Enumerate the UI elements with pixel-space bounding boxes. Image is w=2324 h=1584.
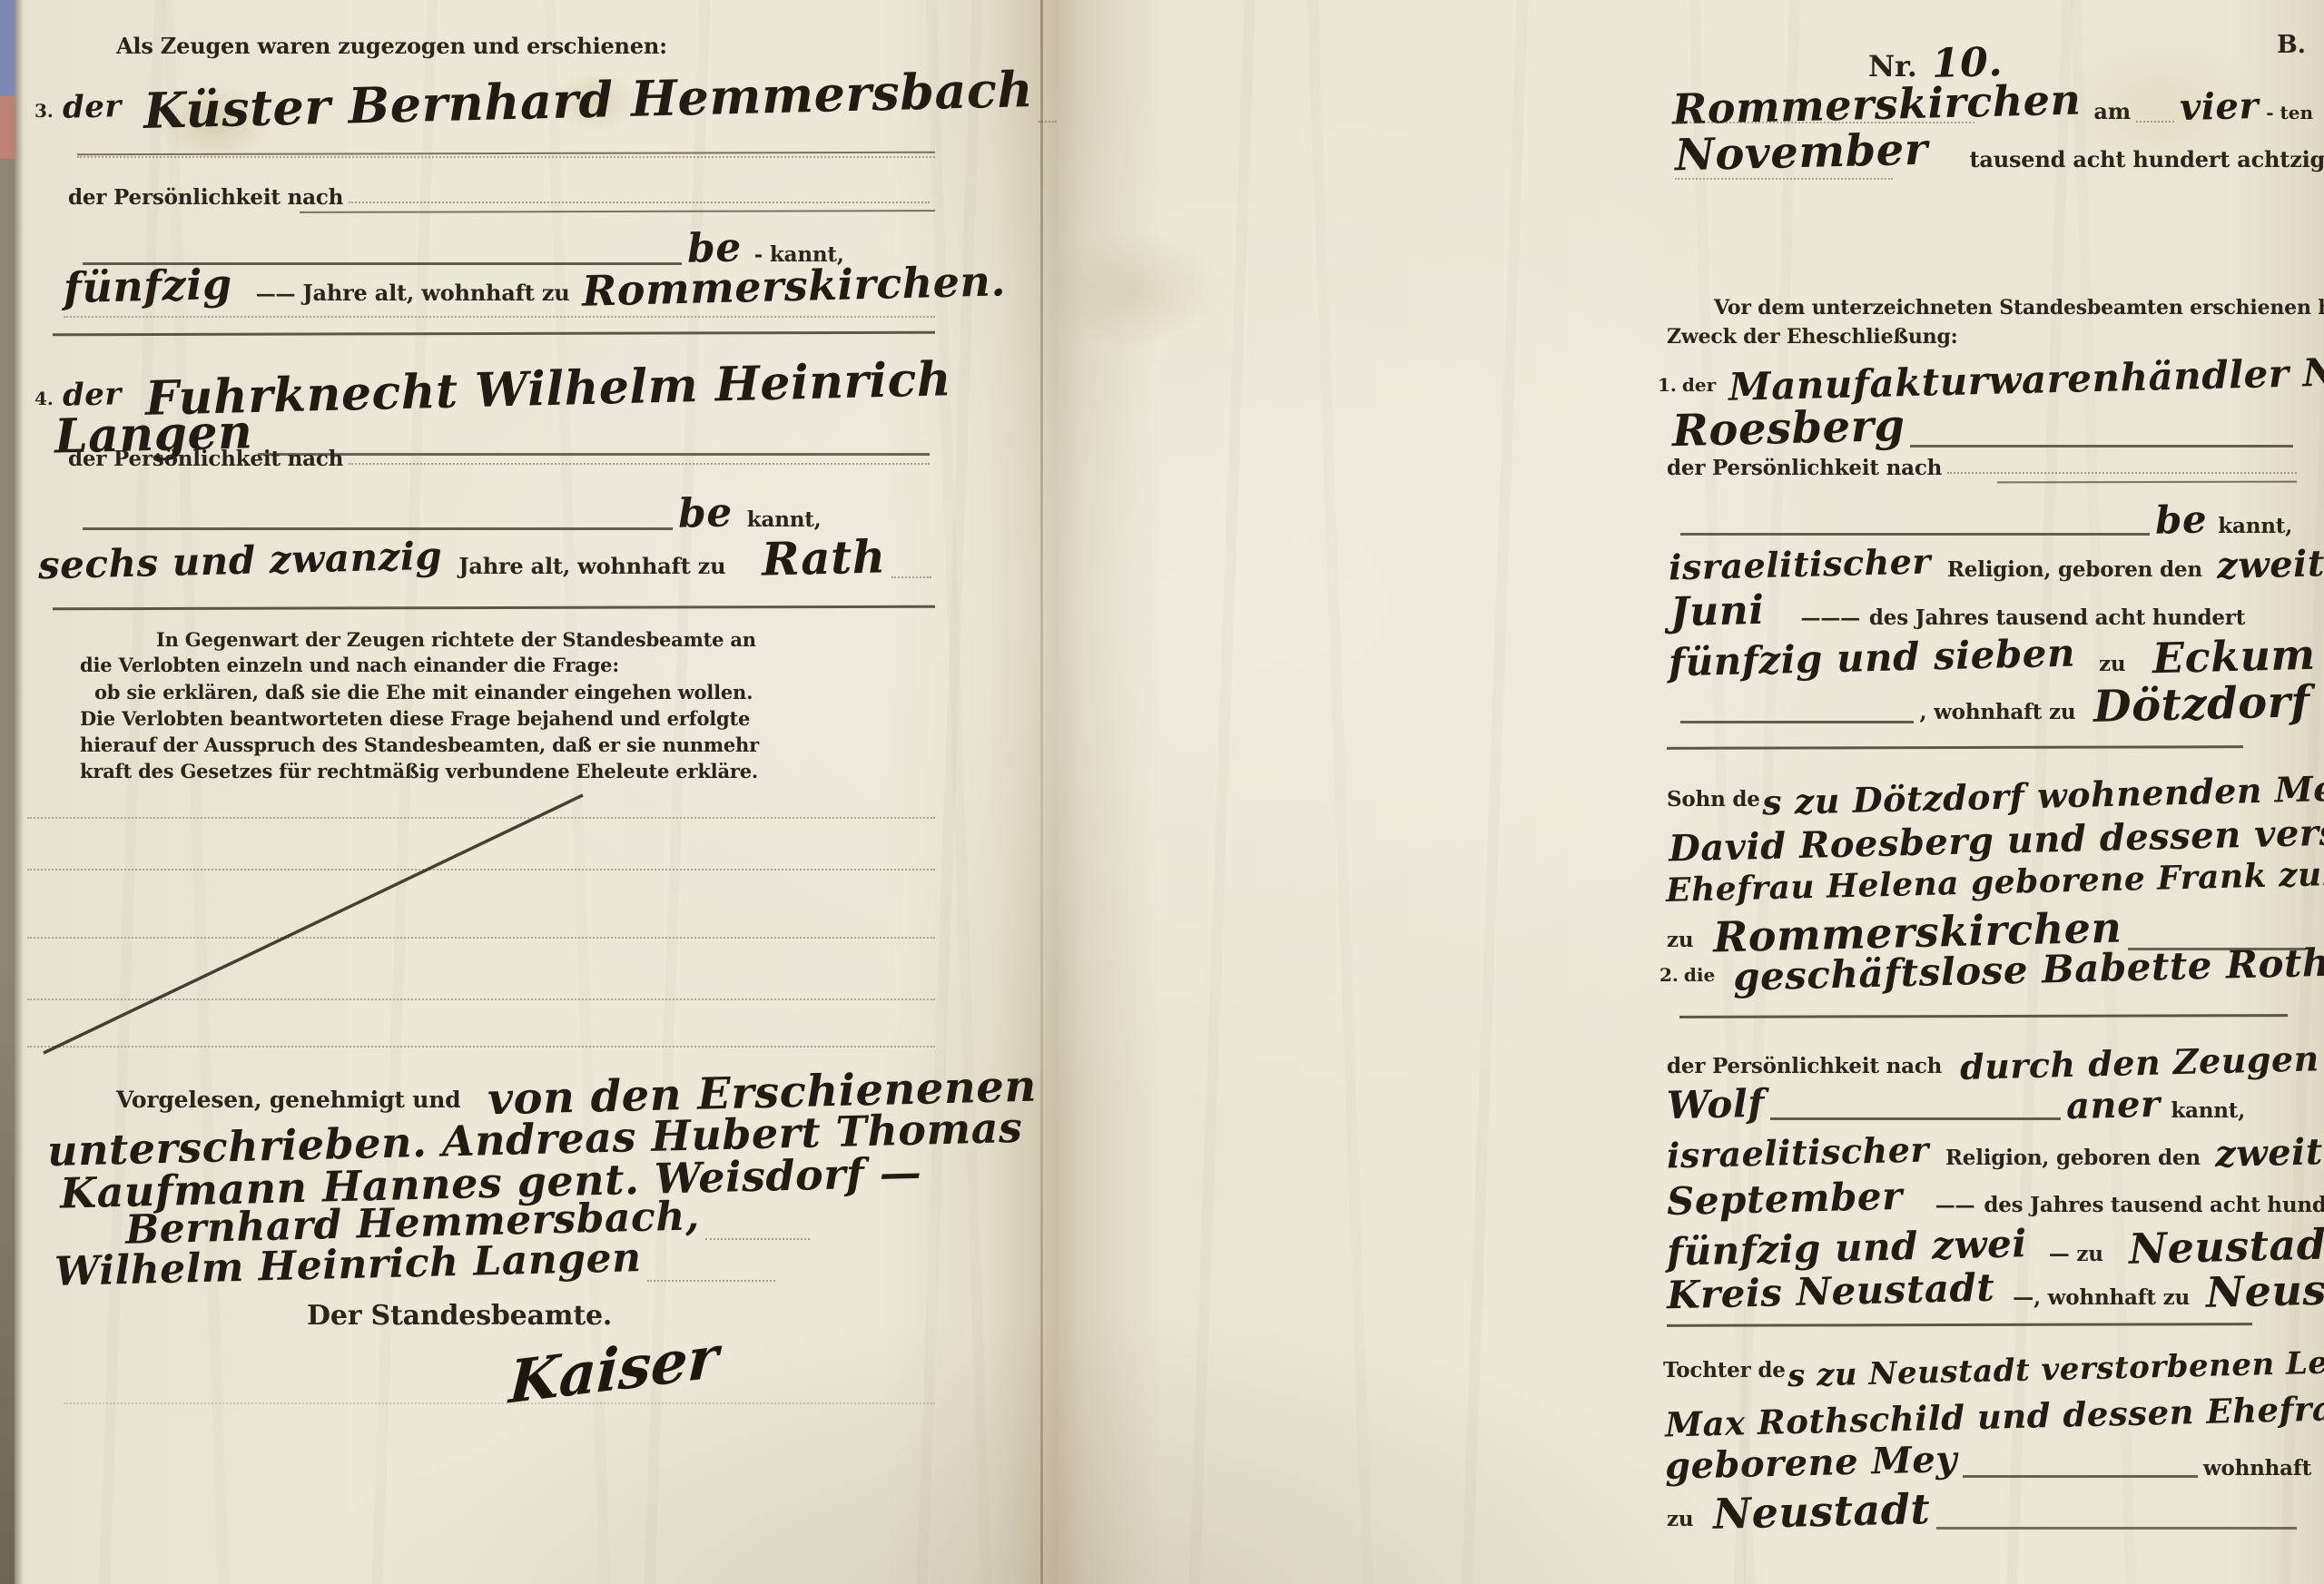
bride-birth-day: zweiten	[2214, 1129, 2324, 1176]
bride-identity-row: der Persönlichkeit nach durch den Zeugen…	[1667, 1040, 2313, 1081]
bride-year-label: des Jahres tausend acht hundert	[1984, 1193, 2324, 1217]
section-rule	[53, 331, 935, 337]
groom-religion-row: israelitischer Religion, geboren den zwe…	[1669, 543, 2313, 585]
tochter-label: Tochter de	[1663, 1358, 1786, 1382]
bride-parents-row3: geborene Mey wohnhaft	[1665, 1441, 2311, 1484]
zu-label: zu	[1667, 1507, 1693, 1531]
year-text: tausend acht hundert achtzig und zwei.	[1970, 146, 2324, 172]
page-letter: B.	[2277, 31, 2306, 59]
zu-label: zu	[2099, 652, 2125, 676]
groom-birth-month-row: Juni ——— des Jahres tausend acht hundert	[1670, 588, 2310, 635]
witness3-name: Küster Bernhard Hemmersbach	[143, 60, 1033, 140]
witness4-identity-label: der Persönlichkeit nach	[68, 447, 343, 471]
declaration-line5: hierauf der Ausspruch des Standesbeamten…	[80, 733, 759, 756]
blank-fill	[1039, 120, 1057, 123]
binding-shadow	[15, 0, 24, 1584]
declaration-line1: In Gegenwart der Zeugen richtete der Sta…	[156, 628, 756, 651]
blank-dotline	[27, 1046, 935, 1048]
bride-religion-row: israelitischer Religion, geboren den zwe…	[1667, 1131, 2311, 1174]
blank-dotline	[64, 316, 935, 318]
signature2-row: Wilhelm Heinrich Langen	[54, 1242, 781, 1288]
identity-rule	[1997, 481, 2297, 484]
sohn-label: Sohn de	[1667, 787, 1760, 812]
intro-line1: Vor dem unterzeichneten Standesbeamten e…	[1714, 296, 2324, 320]
declaration-text: hierauf der Ausspruch des Standesbeamten…	[80, 733, 759, 756]
declaration-line6: kraft des Gesetzes für rechtmäßig verbun…	[80, 760, 758, 782]
blank-fill	[1936, 1526, 2297, 1530]
bride-birth-district: Kreis Neustadt	[1666, 1265, 1994, 1318]
blank-fill	[83, 526, 673, 530]
blank-fill	[2136, 120, 2174, 123]
wohnhaft-label: wohnhaft	[2203, 1456, 2311, 1481]
declaration-text: kraft des Gesetzes für rechtmäßig verbun…	[80, 760, 758, 782]
am-label: am	[2093, 98, 2131, 124]
bride-birth-month-row: September —— des Jahres tausend acht hun…	[1667, 1176, 2309, 1221]
religion-label: Religion, geboren den	[1945, 1146, 2201, 1170]
registrar-signature-row: Kaiser	[508, 1336, 719, 1404]
bride-parents-residence-row: zu Neustadt	[1667, 1487, 2302, 1536]
zu-label: — zu	[2049, 1242, 2103, 1266]
book-binding-edge	[0, 0, 15, 1584]
bride-residence: Neustadt	[2205, 1263, 2324, 1317]
witness3-age: fünfzig	[63, 260, 232, 313]
intro-line1-row: Vor dem unterzeichneten Standesbeamten e…	[1714, 296, 2324, 320]
bride-index: 2.	[1659, 964, 1679, 986]
witness3-article: der	[62, 88, 122, 126]
section-rule	[1667, 745, 2243, 750]
witness3-age-suffix: Jahre alt, wohnhaft zu	[302, 280, 569, 306]
bride-parents-row1: Tochter de s zu Neustadt verstorbenen Le…	[1663, 1349, 2313, 1385]
religion-label: Religion, geboren den	[1947, 557, 2202, 582]
groom-known-suffix: kannt,	[2218, 514, 2292, 538]
bride-parents-residence: Neustadt	[1713, 1484, 1931, 1539]
groom-birth-month: Juni	[1669, 587, 1765, 636]
blank-dotline	[64, 1402, 935, 1404]
declaration-text: die Verlobten einzeln und nach einander …	[80, 654, 619, 676]
month-dash: ———	[1801, 606, 1860, 630]
month-year-row: November tausend acht hundert achtzig un…	[1675, 127, 2310, 178]
groom-index: 1.	[1658, 374, 1677, 396]
groom-residence: Dötzdorf	[2093, 676, 2311, 733]
wohnhaft-zu-label: , wohnhaft zu	[1919, 700, 2075, 724]
bride-name: geschäftslose Babette Rothschild	[1733, 937, 2324, 999]
witness4-known-row: be kannt,	[77, 490, 867, 536]
groom-name-line2: Roesberg	[1671, 400, 1905, 457]
blank-dotline	[1675, 122, 1974, 123]
blank-dotline	[27, 999, 935, 1000]
witness3-index: 3.	[34, 100, 54, 122]
groom-birth-day: zweiten	[2216, 541, 2324, 587]
declaration-text: In Gegenwart der Zeugen richtete der Sta…	[156, 628, 756, 651]
declaration-text: Die Verlobten beantworteten diese Frage …	[80, 707, 750, 730]
declaration-text: ob sie erklären, daß sie die Ehe mit ein…	[94, 681, 753, 703]
declaration-line2: die Verlobten einzeln und nach einander …	[80, 654, 619, 676]
witness4-residence: Rath	[762, 529, 887, 585]
witness3-name-row: 3. der Küster Bernhard Hemmersbach	[34, 71, 942, 129]
groom-year-label: des Jahres tausend acht hundert	[1869, 605, 2245, 630]
blank-dotline	[27, 869, 935, 871]
groom-identity-label: der Persönlichkeit nach	[1667, 456, 1942, 480]
section-rule	[1667, 1323, 2252, 1327]
page-letter-text: B.	[2277, 31, 2306, 59]
blank-fill	[1770, 1117, 2061, 1120]
bride-parents-line2: Max Rothschild und dessen Ehefrau Julche…	[1665, 1384, 2324, 1445]
groom-parents-row3: Ehefrau Helena geborene Frank zuletzt wo…	[1666, 862, 2312, 900]
bride-known-prefix: aner	[2065, 1083, 2161, 1128]
groom-known-row: be kannt,	[1675, 497, 2292, 542]
witness3-identity-label: der Persönlichkeit nach	[68, 185, 343, 210]
blank-dotline	[27, 817, 935, 819]
groom-residence-row: , wohnhaft zu Dötzdorf	[1675, 679, 2310, 730]
bride-birth-month: September	[1666, 1174, 1903, 1224]
blank-fill	[705, 1237, 810, 1240]
witness4-signature: Wilhelm Heinrich Langen	[54, 1235, 642, 1295]
section-rule	[53, 605, 935, 611]
blank-dotline	[1675, 178, 1893, 180]
witnesses-heading-text: Als Zeugen waren zugezogen und erschiene…	[116, 33, 667, 59]
bride-known-suffix: kannt,	[2171, 1098, 2245, 1123]
witness4-known-prefix: be	[677, 489, 733, 536]
groom-parents-row1: Sohn de s zu Dötzdorf wohnenden Metzgers	[1667, 773, 2313, 814]
closing-printed: Vorgelesen, genehmigt und	[116, 1087, 460, 1113]
bride-parents-line3: geborene Mey	[1664, 1438, 1957, 1488]
bride-birth-year-row: fünfzig und zwei — zu Neustadt	[1667, 1222, 2309, 1271]
bride-name-row: 2. die geschäftslose Babette Rothschild	[1659, 946, 2313, 990]
blank-fill	[1963, 1474, 2198, 1478]
bride-identity-hand: durch den Zeugen Samuel	[1960, 1034, 2324, 1087]
groom-parents-row2: David Roesberg und dessen verstorbenen	[1669, 817, 2313, 860]
bride-parents-row2: Max Rothschild und dessen Ehefrau Julche…	[1665, 1394, 2311, 1434]
blank-dotline	[27, 937, 935, 939]
record-day: vier	[2180, 84, 2260, 129]
bride-parents-line1: s zu Neustadt verstorbenen Lederhändlers	[1787, 1340, 2324, 1394]
declaration-line3: ob sie erklären, daß sie die Ehe mit ein…	[94, 681, 753, 703]
center-fold-crease	[1040, 0, 1043, 1584]
bride-known-row: Wolf aner kannt,	[1667, 1082, 2302, 1127]
groom-birth-year-row: fünfzig und sieben zu Eckum	[1669, 632, 2309, 681]
bride-identity-hand2: Wolf	[1666, 1081, 1765, 1128]
groom-known-prefix: be	[2155, 497, 2208, 542]
record-month: November	[1674, 124, 1928, 182]
witness4-age-suffix: Jahre alt, wohnhaft zu	[458, 553, 725, 579]
day-suffix: - ten	[2266, 102, 2313, 123]
wohnhaft-zu-label: —, wohnhaft zu	[2013, 1285, 2190, 1310]
witness3-identity-row: der Persönlichkeit nach	[68, 185, 935, 210]
blank-fill	[647, 1279, 775, 1282]
witnesses-heading: Als Zeugen waren zugezogen und erschiene…	[116, 33, 667, 59]
groom-name-line1: Manufakturwarenhändler Nathan	[1728, 347, 2324, 409]
witness3-residence: Rommerskirchen.	[582, 256, 1007, 315]
witness4-index: 4.	[34, 388, 54, 409]
blank-fill	[1947, 471, 2297, 474]
blank-fill	[1680, 720, 1914, 723]
blank-fill	[349, 462, 930, 465]
section-rule	[1679, 1014, 2288, 1018]
groom-identity-row: der Persönlichkeit nach	[1667, 456, 2302, 480]
blank-dotline	[77, 156, 935, 158]
register-scan: Als Zeugen waren zugezogen und erschiene…	[0, 0, 2324, 1584]
groom-birth-place: Eckum	[2152, 630, 2317, 683]
blank-fill	[1680, 532, 2150, 536]
witness4-age-row: sechs und zwanzig Jahre alt, wohnhaft zu…	[38, 531, 937, 585]
blank-rule	[77, 152, 935, 155]
bride-district-row: Kreis Neustadt —, wohnhaft zu Neustadt	[1667, 1265, 2311, 1314]
groom-name-row: 1. der Manufakturwarenhändler Nathan	[1658, 356, 2313, 400]
bride-identity-label: der Persönlichkeit nach	[1667, 1054, 1942, 1078]
identity-rule	[300, 210, 935, 213]
registrar-label: Der Standesbeamte.	[307, 1300, 612, 1332]
intro-line2-row: Zweck der Eheschließung:	[1667, 325, 1958, 349]
bride-article: die	[1684, 964, 1715, 986]
witness4-age: sechs und zwanzig	[37, 534, 442, 588]
bride-religion: israelitischer	[1666, 1128, 1929, 1176]
blank-fill	[1910, 444, 2293, 448]
witness4-identity-row: der Persönlichkeit nach	[68, 447, 935, 471]
month-dash: ——	[1935, 1194, 1975, 1217]
registrar-label-row: Der Standesbeamte.	[307, 1300, 612, 1332]
groom-name2-row: Roesberg	[1672, 403, 2299, 454]
blank-fill	[349, 201, 930, 203]
groom-religion: israelitischer	[1668, 540, 1931, 587]
intro-line2: Zweck der Eheschließung:	[1667, 325, 1958, 349]
witness4-known-suffix: kannt,	[747, 507, 822, 532]
witness3-age-row: fünfzig —— Jahre alt, wohnhaft zu Rommer…	[64, 261, 935, 310]
groom-birth-year: fünfzig und sieben	[1668, 631, 2075, 685]
witness3-dash: ——	[256, 282, 296, 306]
groom-parents-line3: Ehefrau Helena geborene Frank zuletzt	[1666, 853, 2324, 910]
blank-fill	[891, 576, 931, 578]
declaration-line4: Die Verlobten beantworteten diese Frage …	[80, 707, 750, 730]
groom-article: der	[1682, 374, 1716, 396]
